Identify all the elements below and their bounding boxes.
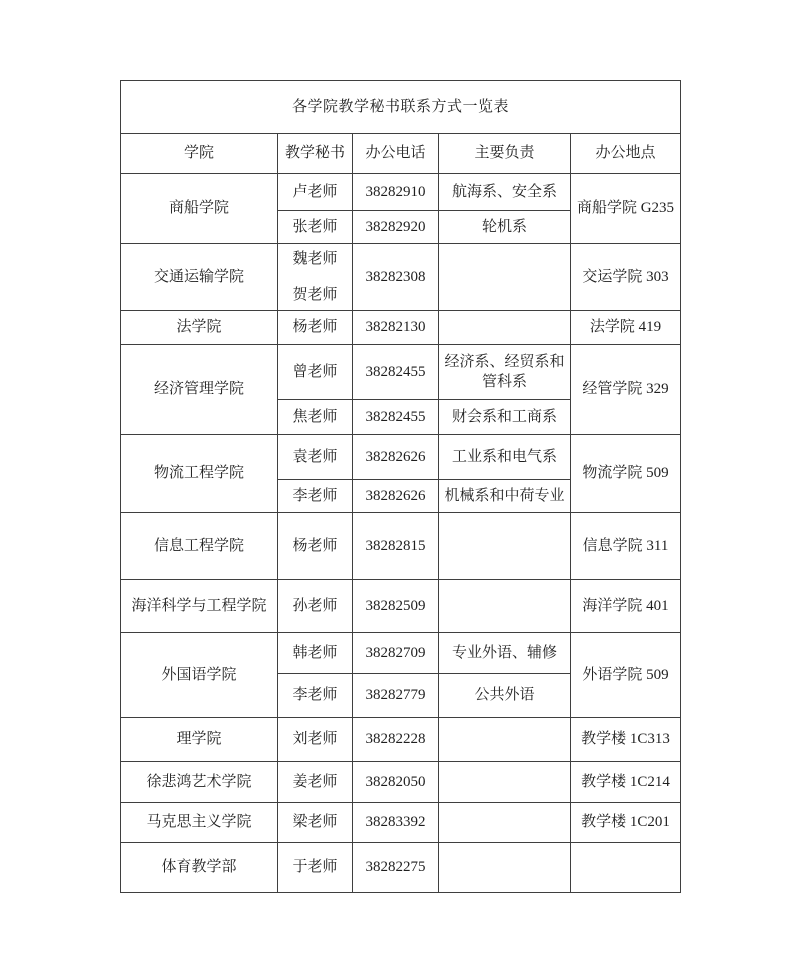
location-cell: 物流学院 509: [571, 435, 681, 513]
document-page: 各学院教学秘书联系方式一览表 学院 教学秘书 办公电话 主要负责 办公地点 商船…: [0, 0, 800, 972]
duty-cell: [439, 244, 571, 311]
table-row: 法学院 杨老师 38282130 法学院 419: [121, 311, 681, 345]
location-cell: 经管学院 329: [571, 345, 681, 435]
location-cell: 商船学院 G235: [571, 174, 681, 244]
location-cell: [571, 843, 681, 893]
secretary-cell: 李老师: [278, 674, 353, 718]
phone-cell: 38282228: [353, 718, 439, 762]
college-cell: 马克思主义学院: [121, 803, 278, 843]
duty-cell: 专业外语、辅修: [439, 633, 571, 674]
table-row: 体育教学部 于老师 38282275: [121, 843, 681, 893]
secretary-cell: 刘老师: [278, 718, 353, 762]
location-cell: 外语学院 509: [571, 633, 681, 718]
phone-cell: 38282509: [353, 580, 439, 633]
secretary-cell: 曾老师: [278, 345, 353, 400]
location-cell: 法学院 419: [571, 311, 681, 345]
column-header-secretary: 教学秘书: [278, 134, 353, 174]
secretary-cell: 韩老师: [278, 633, 353, 674]
location-cell: 教学楼 1C201: [571, 803, 681, 843]
header-row: 学院 教学秘书 办公电话 主要负责 办公地点: [121, 134, 681, 174]
phone-cell: 38282130: [353, 311, 439, 345]
table-row: 理学院 刘老师 38282228 教学楼 1C313: [121, 718, 681, 762]
column-header-location: 办公地点: [571, 134, 681, 174]
table-row: 经济管理学院 曾老师 38282455 经济系、经贸系和管科系 经管学院 329: [121, 345, 681, 400]
column-header-duty: 主要负责: [439, 134, 571, 174]
phone-cell: 38282455: [353, 345, 439, 400]
contact-table: 各学院教学秘书联系方式一览表 学院 教学秘书 办公电话 主要负责 办公地点 商船…: [120, 80, 681, 893]
table-row: 海洋科学与工程学院 孙老师 38282509 海洋学院 401: [121, 580, 681, 633]
college-cell: 信息工程学院: [121, 513, 278, 580]
duty-cell: [439, 803, 571, 843]
college-cell: 物流工程学院: [121, 435, 278, 513]
secretary-cell: 袁老师: [278, 435, 353, 480]
phone-cell: 38282455: [353, 400, 439, 435]
duty-cell: 财会系和工商系: [439, 400, 571, 435]
duty-cell: 航海系、安全系: [439, 174, 571, 211]
phone-cell: 38282050: [353, 762, 439, 803]
table-row: 商船学院 卢老师 38282910 航海系、安全系 商船学院 G235: [121, 174, 681, 211]
secretary-name: 魏老师: [292, 249, 337, 269]
phone-cell: 38282308: [353, 244, 439, 311]
college-cell: 海洋科学与工程学院: [121, 580, 278, 633]
secretary-cell: 孙老师: [278, 580, 353, 633]
college-cell: 徐悲鸿艺术学院: [121, 762, 278, 803]
phone-cell: 38283392: [353, 803, 439, 843]
college-cell: 理学院: [121, 718, 278, 762]
secretary-cell: 焦老师: [278, 400, 353, 435]
secretary-cell: 卢老师: [278, 174, 353, 211]
duty-cell: 公共外语: [439, 674, 571, 718]
duty-cell: 机械系和中荷专业: [439, 480, 571, 513]
college-cell: 交通运输学院: [121, 244, 278, 311]
phone-cell: 38282709: [353, 633, 439, 674]
duty-cell: [439, 513, 571, 580]
duty-cell: 工业系和电气系: [439, 435, 571, 480]
secretary-cell: 于老师: [278, 843, 353, 893]
college-cell: 外国语学院: [121, 633, 278, 718]
secretary-cell: 李老师: [278, 480, 353, 513]
location-cell: 交运学院 303: [571, 244, 681, 311]
phone-cell: 38282920: [353, 211, 439, 244]
phone-cell: 38282815: [353, 513, 439, 580]
duty-cell: [439, 843, 571, 893]
title-row: 各学院教学秘书联系方式一览表: [121, 81, 681, 134]
college-cell: 体育教学部: [121, 843, 278, 893]
table-title: 各学院教学秘书联系方式一览表: [121, 81, 681, 134]
duty-cell: [439, 762, 571, 803]
table-row: 马克思主义学院 梁老师 38283392 教学楼 1C201: [121, 803, 681, 843]
secretary-cell: 杨老师: [278, 513, 353, 580]
secretary-cell: 姜老师: [278, 762, 353, 803]
table-row: 徐悲鸿艺术学院 姜老师 38282050 教学楼 1C214: [121, 762, 681, 803]
duty-cell: [439, 311, 571, 345]
phone-cell: 38282626: [353, 435, 439, 480]
college-cell: 商船学院: [121, 174, 278, 244]
duty-cell: 经济系、经贸系和管科系: [439, 345, 571, 400]
location-cell: 教学楼 1C313: [571, 718, 681, 762]
table-row: 外国语学院 韩老师 38282709 专业外语、辅修 外语学院 509: [121, 633, 681, 674]
secretary-cell: 张老师: [278, 211, 353, 244]
college-cell: 法学院: [121, 311, 278, 345]
duty-cell: [439, 718, 571, 762]
column-header-phone: 办公电话: [353, 134, 439, 174]
secretary-cell: 梁老师: [278, 803, 353, 843]
duty-cell: 轮机系: [439, 211, 571, 244]
secretary-cell: 魏老师 贺老师: [278, 244, 353, 311]
column-header-college: 学院: [121, 134, 278, 174]
location-cell: 教学楼 1C214: [571, 762, 681, 803]
location-cell: 信息学院 311: [571, 513, 681, 580]
college-cell: 经济管理学院: [121, 345, 278, 435]
duty-cell: [439, 580, 571, 633]
location-cell: 海洋学院 401: [571, 580, 681, 633]
secretary-name: 贺老师: [292, 285, 337, 305]
phone-cell: 38282275: [353, 843, 439, 893]
secretary-cell: 杨老师: [278, 311, 353, 345]
phone-cell: 38282779: [353, 674, 439, 718]
table-row: 信息工程学院 杨老师 38282815 信息学院 311: [121, 513, 681, 580]
phone-cell: 38282910: [353, 174, 439, 211]
phone-cell: 38282626: [353, 480, 439, 513]
table-row: 物流工程学院 袁老师 38282626 工业系和电气系 物流学院 509: [121, 435, 681, 480]
table-row: 交通运输学院 魏老师 贺老师 38282308 交运学院 303: [121, 244, 681, 311]
